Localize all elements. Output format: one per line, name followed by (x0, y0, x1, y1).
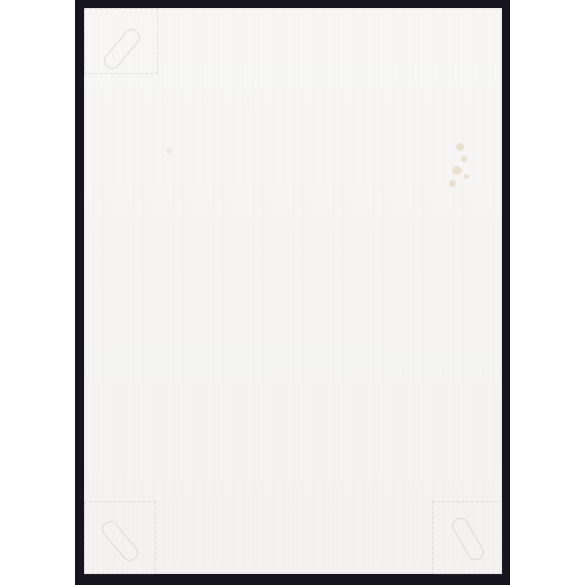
stain-spot (449, 180, 456, 187)
stain-spot (452, 166, 462, 175)
blank-card (84, 8, 502, 574)
stain-spot (464, 174, 469, 179)
stain-spot (166, 148, 172, 154)
dark-background-frame (75, 0, 510, 585)
stain-spot (456, 143, 464, 151)
stain-spot (461, 156, 467, 162)
